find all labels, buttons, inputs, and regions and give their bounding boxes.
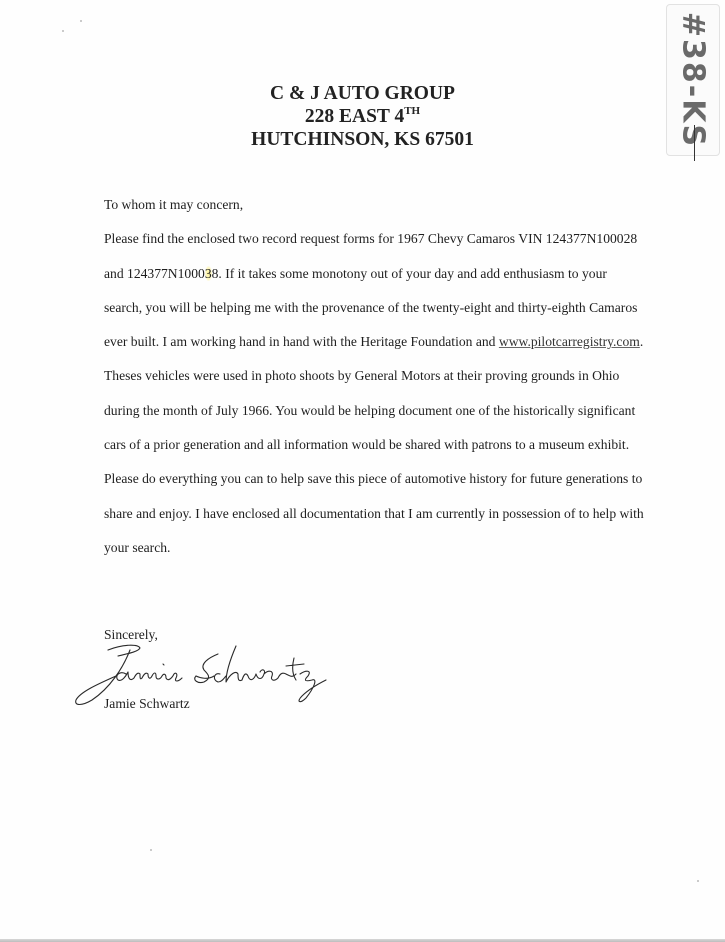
scan-speck [62,30,64,32]
highlighter-mark: 3 [205,266,212,281]
registry-link[interactable]: www.pilotcarregistry.com [499,334,640,349]
scan-speck [150,849,152,851]
letter-body: To whom it may concern, Please find the … [104,188,644,565]
street-address: 228 EAST 4TH [0,105,725,128]
scan-speck [80,20,82,22]
city-state-zip: HUTCHINSON, KS 67501 [0,128,725,151]
letterhead: C & J AUTO GROUP 228 EAST 4TH HUTCHINSON… [0,82,725,151]
company-name: C & J AUTO GROUP [0,82,725,105]
signer-name: Jamie Schwartz [104,696,190,712]
salutation: To whom it may concern, [104,188,644,222]
scan-speck [697,880,699,882]
letter-page: #38-KS C & J AUTO GROUP 228 EAST 4TH HUT… [0,0,725,942]
body-paragraph: Please find the enclosed two record requ… [104,222,644,565]
